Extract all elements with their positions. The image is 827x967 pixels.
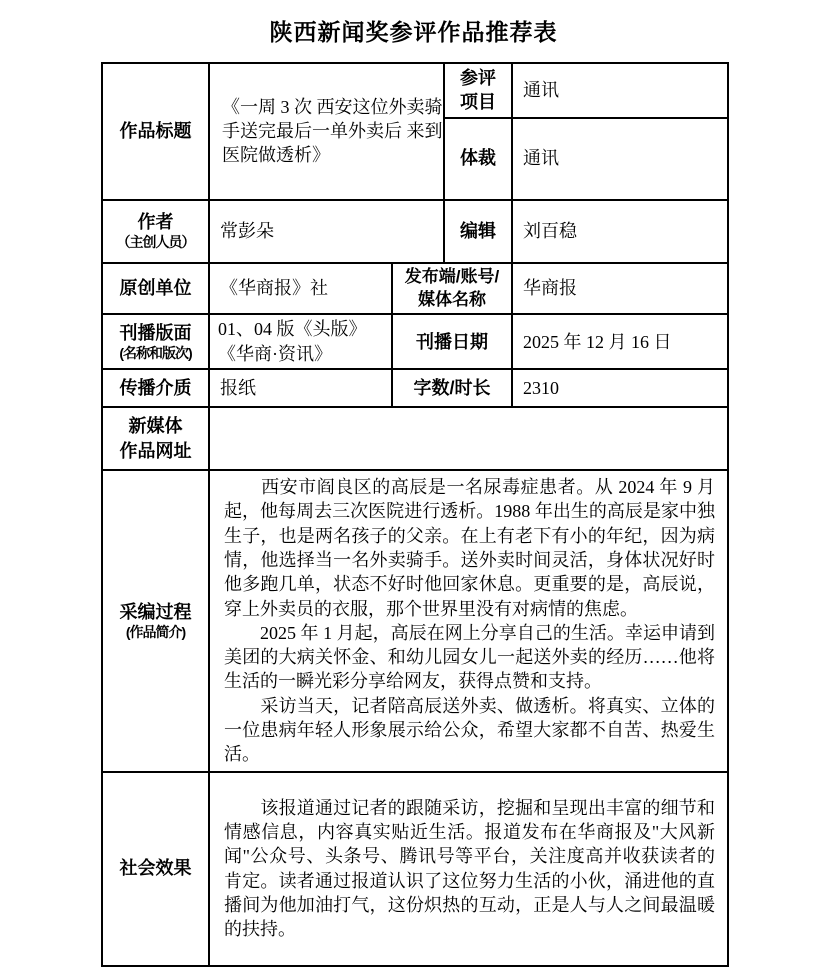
process-label-main: 采编过程 xyxy=(105,601,206,624)
publish-date-value: 2025 年 12 月 16 日 xyxy=(512,314,728,369)
recommendation-form-table: 作品标题 《一周 3 次 西安这位外卖骑 手送完最后一单外卖后 来到 医院做透析… xyxy=(101,62,729,967)
entry-category-label: 参评 项目 xyxy=(444,63,512,118)
new-media-url-label: 新媒体 作品网址 xyxy=(102,407,209,470)
word-count-label: 字数/时长 xyxy=(392,369,512,407)
process-label-sub: (作品简介) xyxy=(105,624,206,641)
page-title: 陕西新闻奖参评作品推荐表 xyxy=(0,10,827,54)
editor-value: 刘百稳 xyxy=(512,200,728,263)
author-label-main: 作者 xyxy=(105,211,206,234)
publish-channel-label: 发布端/账号/ 媒体名称 xyxy=(392,263,512,315)
social-effect-label: 社会效果 xyxy=(102,772,209,966)
work-title-value: 《一周 3 次 西安这位外卖骑 手送完最后一单外卖后 来到 医院做透析》 xyxy=(209,63,444,200)
new-media-url-value xyxy=(209,407,728,470)
form-page: 陕西新闻奖参评作品推荐表 作品标题 《一周 3 次 西安这位外卖骑 手送完最后一… xyxy=(0,0,827,956)
publish-page-label-sub: (名称和版次) xyxy=(105,345,206,362)
medium-label: 传播介质 xyxy=(102,369,209,407)
publish-page-value: 01、04 版《头版》《华商·资讯》 xyxy=(209,314,392,369)
genre-label: 体裁 xyxy=(444,118,512,200)
recommendation-form: 作品标题 《一周 3 次 西安这位外卖骑 手送完最后一单外卖后 来到 医院做透析… xyxy=(101,62,729,967)
process-value: 西安市阎良区的高辰是一名尿毒症患者。从 2024 年 9 月起，他每周去三次医院… xyxy=(209,470,728,772)
process-label: 采编过程 (作品简介) xyxy=(102,470,209,772)
medium-value: 报纸 xyxy=(209,369,392,407)
editor-label: 编辑 xyxy=(444,200,512,263)
social-effect-value: 该报道通过记者的跟随采访，挖掘和呈现出丰富的细节和情感信息，内容真实贴近生活。报… xyxy=(209,772,728,966)
word-count-value: 2310 xyxy=(512,369,728,407)
publish-page-label-main: 刊播版面 xyxy=(105,322,206,345)
original-unit-value: 《华商报》社 xyxy=(209,263,392,315)
publish-date-label: 刊播日期 xyxy=(392,314,512,369)
genre-value: 通讯 xyxy=(512,118,728,200)
entry-category-value: 通讯 xyxy=(512,63,728,118)
author-label-sub: （主创人员） xyxy=(105,234,206,251)
publish-channel-value: 华商报 xyxy=(512,263,728,315)
original-unit-label: 原创单位 xyxy=(102,263,209,315)
author-value: 常彭朵 xyxy=(209,200,444,263)
work-title-label: 作品标题 xyxy=(102,63,209,200)
publish-page-label: 刊播版面 (名称和版次) xyxy=(102,314,209,369)
author-label: 作者 （主创人员） xyxy=(102,200,209,263)
